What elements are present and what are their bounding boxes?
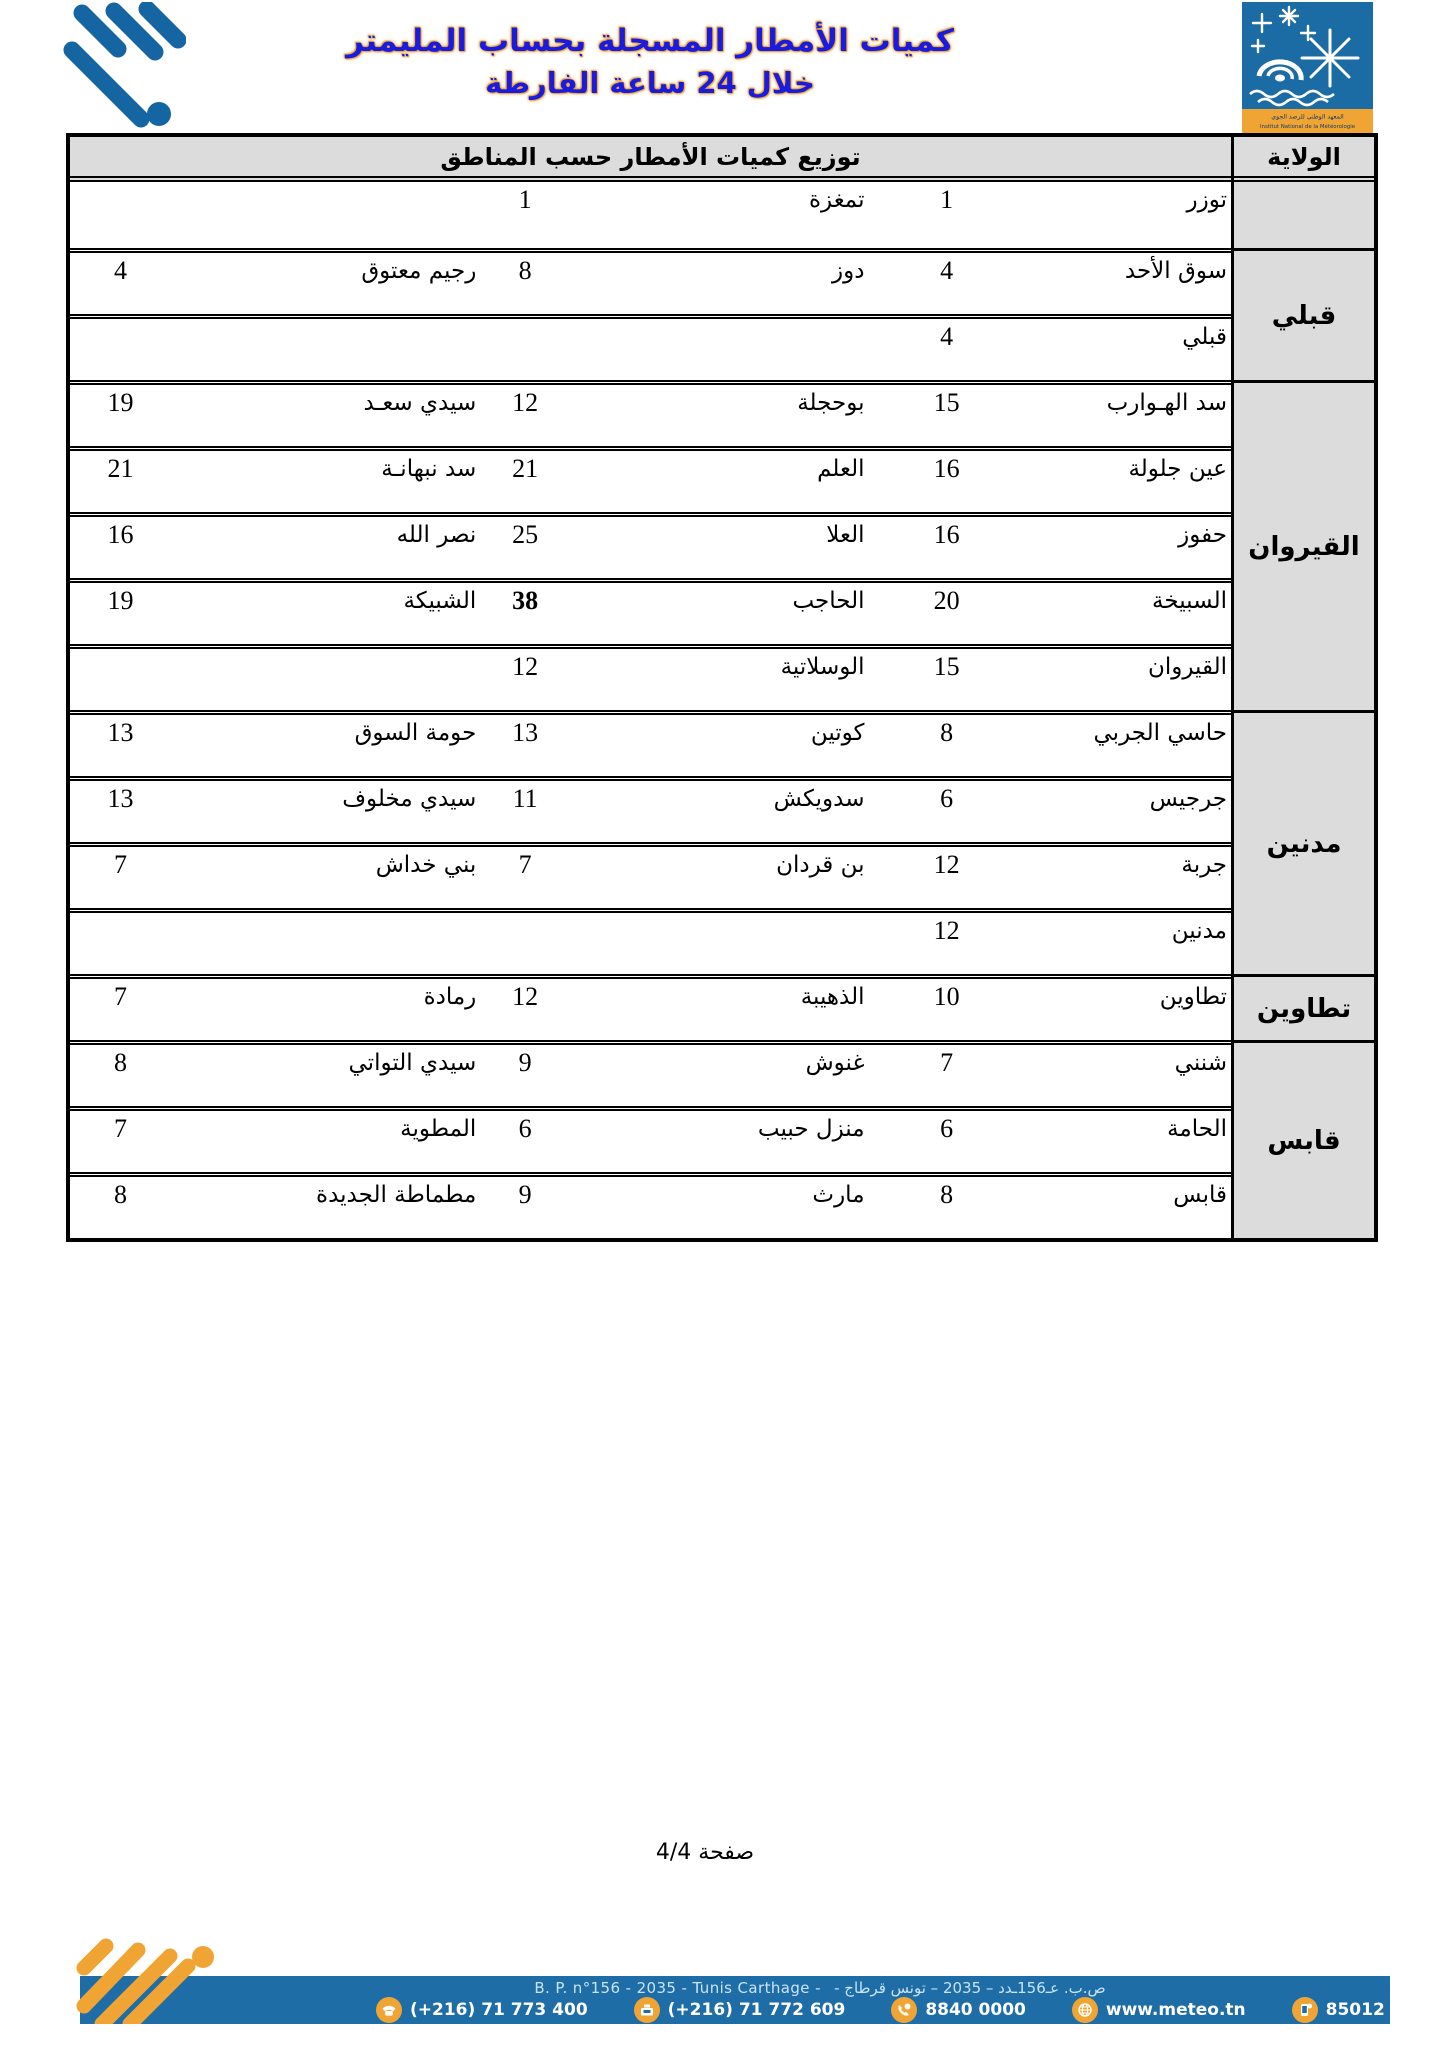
table-row: القيروان15الوسلاتية12 <box>70 644 1231 710</box>
rain-value: 8 <box>70 1045 171 1106</box>
rain-value: 12 <box>889 913 1005 974</box>
report-title-line1: كميات الأمطار المسجلة بحساب المليمتر <box>290 22 1010 61</box>
table-row: حفوز16العلا25نصر الله16 <box>70 512 1231 578</box>
rain-value: 11 <box>490 781 560 842</box>
footer-contact-bar: B. P. n°156 - 2035 - Tunis Carthage - ص.… <box>80 1976 1390 2024</box>
sms-number: 85012 <box>1326 2000 1385 2020</box>
rain-value: 8 <box>70 1177 171 1238</box>
rain-value: 19 <box>70 385 171 446</box>
rain-value <box>70 182 171 248</box>
table-row: شنني7غنوش9سيدي التواتي8 <box>70 1040 1231 1106</box>
station-name: تمغزة <box>560 182 889 248</box>
fax-contact: (+216) 71 772 609 <box>634 1997 846 2023</box>
station-name: مدنين <box>1005 913 1231 974</box>
rain-value: 8 <box>889 1177 1005 1238</box>
governorate-column-header: الولاية <box>1234 137 1374 182</box>
station-name: نصر الله <box>171 517 490 578</box>
rain-streaks-icon <box>58 2 186 130</box>
rain-value: 9 <box>490 1177 560 1238</box>
station-name: العلا <box>560 517 889 578</box>
governorate-cell: تطاوين <box>1234 974 1374 1040</box>
rain-value: 16 <box>70 517 171 578</box>
rainfall-report-page: { "header": { "title_line1": "كميات الأم… <box>0 0 1448 2048</box>
governorate-cell: القيروان <box>1234 380 1374 710</box>
rain-value: 1 <box>889 182 1005 248</box>
rain-value: 13 <box>490 715 560 776</box>
call-center-number: 8840 0000 <box>925 2000 1026 2020</box>
station-name: قابس <box>1005 1177 1231 1238</box>
footer-address: B. P. n°156 - 2035 - Tunis Carthage - ص.… <box>80 1979 1390 1997</box>
rain-value: 4 <box>889 253 1005 314</box>
station-name: غنوش <box>560 1045 889 1106</box>
table-row: توزر1تمغزة1 <box>70 182 1231 248</box>
rain-value: 21 <box>490 451 560 512</box>
station-name <box>171 182 490 248</box>
governorate-column: الولاية قبليالقيروانمدنينتطاوينقابس <box>1231 137 1374 1238</box>
station-name: شنني <box>1005 1045 1231 1106</box>
station-name: مطماطة الجديدة <box>171 1177 490 1238</box>
table-row: جربة12بن قردان7بني خداش7 <box>70 842 1231 908</box>
distribution-header: توزيع كميات الأمطار حسب المناطق <box>70 137 1231 182</box>
report-title-line2: خلال 24 ساعة الفارطة <box>290 66 1010 100</box>
station-name: بن قردان <box>560 847 889 908</box>
station-name: عين جلولة <box>1005 451 1231 512</box>
rain-value: 20 <box>889 583 1005 644</box>
station-name: تطاوين <box>1005 979 1231 1040</box>
sms-contact: 85012 <box>1292 1997 1385 2023</box>
rain-value: 7 <box>490 847 560 908</box>
station-name: الوسلاتية <box>560 649 889 710</box>
table-row: تطاوين10الذهيبة12رمادة7 <box>70 974 1231 1040</box>
station-name: سدويكش <box>560 781 889 842</box>
station-name <box>560 913 889 974</box>
fax-icon <box>634 1997 660 2023</box>
sms-icon <box>1292 1997 1318 2023</box>
rain-value: 6 <box>490 1111 560 1172</box>
rain-value: 15 <box>889 649 1005 710</box>
inm-logo-french-name: Institut National de la Météorologie <box>1260 123 1356 130</box>
fax-number: (+216) 71 772 609 <box>668 2000 846 2020</box>
station-name: سوق الأحد <box>1005 253 1231 314</box>
rain-value: 4 <box>70 253 171 314</box>
rain-streaks-logo <box>58 2 186 134</box>
rain-value <box>70 649 171 710</box>
report-title: كميات الأمطار المسجلة بحساب المليمتر خلا… <box>290 22 1010 100</box>
station-name: كوتين <box>560 715 889 776</box>
station-name <box>560 319 889 380</box>
rain-value: 12 <box>490 649 560 710</box>
rain-value: 10 <box>889 979 1005 1040</box>
governorate-cell: مدنين <box>1234 710 1374 974</box>
table-row: قابس8مارث9مطماطة الجديدة8 <box>70 1172 1231 1238</box>
rain-value <box>70 913 171 974</box>
station-name: حومة السوق <box>171 715 490 776</box>
station-name: القيروان <box>1005 649 1231 710</box>
governorate-cell: قابس <box>1234 1040 1374 1238</box>
station-name: السبيخة <box>1005 583 1231 644</box>
station-name: الحاجب <box>560 583 889 644</box>
rain-value: 7 <box>70 1111 171 1172</box>
rain-value: 16 <box>889 451 1005 512</box>
rainfall-table: الولاية قبليالقيروانمدنينتطاوينقابس توزي… <box>66 133 1378 1242</box>
footer-address-latin: B. P. n°156 - 2035 - Tunis Carthage - <box>534 1979 821 1997</box>
table-row: عين جلولة16العلم21سد نبهانـة21 <box>70 446 1231 512</box>
rain-value: 6 <box>889 781 1005 842</box>
governorate-cell: قبلي <box>1234 248 1374 380</box>
rain-value: 12 <box>889 847 1005 908</box>
rain-value <box>70 319 171 380</box>
phone-number: (+216) 71 773 400 <box>410 2000 588 2020</box>
footer-contacts: (+216) 71 773 400 (+216) 71 772 609 8840… <box>80 1997 1390 2023</box>
page-number: صفحة 4/4 <box>0 1840 1410 1865</box>
data-column: توزيع كميات الأمطار حسب المناطق توزر1تمغ… <box>70 137 1231 1238</box>
station-name <box>171 319 490 380</box>
rain-value: 7 <box>889 1045 1005 1106</box>
station-name <box>171 913 490 974</box>
table-row: جرجيس6سدويكش11سيدي مخلوف13 <box>70 776 1231 842</box>
footer-address-arabic: ص.ب. عـ156ـدد – 2035 – تونس قرطاج - <box>834 1979 1106 1997</box>
globe-icon <box>1072 1997 1098 2023</box>
station-name: المطوية <box>171 1111 490 1172</box>
station-name: الذهيبة <box>560 979 889 1040</box>
rain-value <box>490 319 560 380</box>
rain-value: 13 <box>70 715 171 776</box>
rain-value: 8 <box>889 715 1005 776</box>
station-name: جرجيس <box>1005 781 1231 842</box>
station-name: بوحجلة <box>560 385 889 446</box>
station-name: حفوز <box>1005 517 1231 578</box>
inm-logo: المعهد الوطني للرصد الجوي Institut Natio… <box>1242 2 1373 137</box>
station-name: سيدي سعـد <box>171 385 490 446</box>
station-name: سيدي التواتي <box>171 1045 490 1106</box>
station-name: رجيم معتوق <box>171 253 490 314</box>
rain-value: 16 <box>889 517 1005 578</box>
rain-value: 25 <box>490 517 560 578</box>
station-name: سد الهـوارب <box>1005 385 1231 446</box>
footer-rain-streaks-logo <box>72 1932 230 2028</box>
rain-value: 4 <box>889 319 1005 380</box>
station-name: توزر <box>1005 182 1231 248</box>
phone-icon <box>376 1997 402 2023</box>
station-name: الشبيكة <box>171 583 490 644</box>
inm-logo-icon: المعهد الوطني للرصد الجوي Institut Natio… <box>1242 2 1373 133</box>
inm-logo-arabic-name: المعهد الوطني للرصد الجوي <box>1271 114 1344 121</box>
station-name <box>171 649 490 710</box>
website-contact: www.meteo.tn <box>1072 1997 1246 2023</box>
rain-value: 21 <box>70 451 171 512</box>
station-name: منزل حبيب <box>560 1111 889 1172</box>
rain-value <box>490 913 560 974</box>
rain-value: 19 <box>70 583 171 644</box>
rain-value: 8 <box>490 253 560 314</box>
rain-value: 6 <box>889 1111 1005 1172</box>
rain-value: 12 <box>490 385 560 446</box>
station-name: سد نبهانـة <box>171 451 490 512</box>
call-center-contact: 8840 0000 <box>891 1997 1026 2023</box>
rain-value: 38 <box>490 583 560 644</box>
station-name: الحامة <box>1005 1111 1231 1172</box>
station-name: دوز <box>560 253 889 314</box>
station-name: بني خداش <box>171 847 490 908</box>
rain-value: 1 <box>490 182 560 248</box>
table-row: مدنين12 <box>70 908 1231 974</box>
table-row: حاسي الجربي8كوتين13حومة السوق13 <box>70 710 1231 776</box>
rain-value: 12 <box>490 979 560 1040</box>
rain-value: 7 <box>70 847 171 908</box>
station-name: قبلي <box>1005 319 1231 380</box>
table-row: السبيخة20الحاجب38الشبيكة19 <box>70 578 1231 644</box>
station-name: رمادة <box>171 979 490 1040</box>
table-row: سد الهـوارب15بوحجلة12سيدي سعـد19 <box>70 380 1231 446</box>
table-row: سوق الأحد4دوز8رجيم معتوق4 <box>70 248 1231 314</box>
rain-value: 7 <box>70 979 171 1040</box>
station-name: العلم <box>560 451 889 512</box>
station-name: مارث <box>560 1177 889 1238</box>
station-name: جربة <box>1005 847 1231 908</box>
station-name: حاسي الجربي <box>1005 715 1231 776</box>
call-icon <box>891 1997 917 2023</box>
footer-rain-streaks-icon <box>72 1932 230 2024</box>
governorate-cell <box>1234 182 1374 248</box>
phone-contact: (+216) 71 773 400 <box>376 1997 588 2023</box>
station-name: سيدي مخلوف <box>171 781 490 842</box>
rain-value: 9 <box>490 1045 560 1106</box>
website-url: www.meteo.tn <box>1106 2000 1246 2020</box>
rain-value: 15 <box>889 385 1005 446</box>
table-row: قبلي4 <box>70 314 1231 380</box>
rain-value: 13 <box>70 781 171 842</box>
table-row: الحامة6منزل حبيب6المطوية7 <box>70 1106 1231 1172</box>
